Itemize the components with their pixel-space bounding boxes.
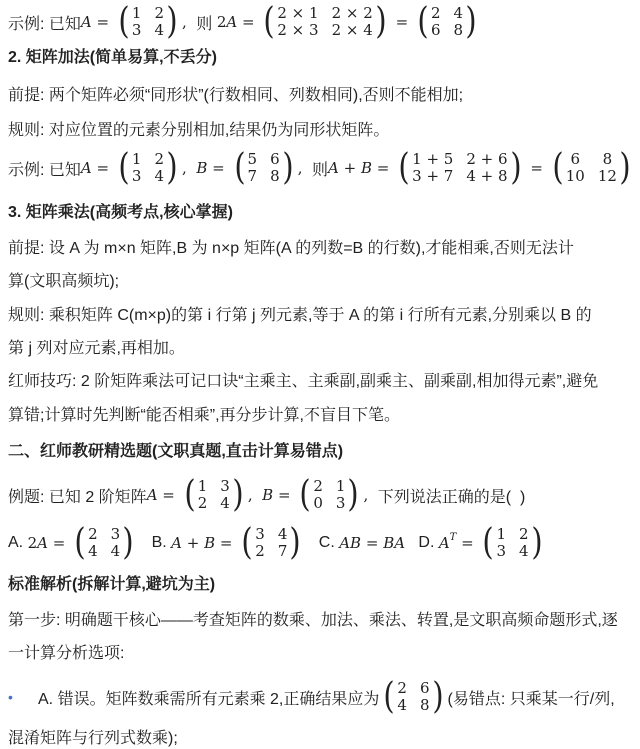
- matrix-paren-right: ): [375, 3, 386, 41]
- matrix-cell: 4: [111, 543, 121, 560]
- text-run: A.: [8, 534, 28, 552]
- math-variable: A: [37, 534, 48, 552]
- matrix-cell: 2 × 2: [332, 5, 373, 22]
- matrix-paren-left: (: [399, 149, 410, 187]
- text-run: 则: [312, 157, 328, 180]
- math-run: =: [215, 534, 237, 552]
- multiplication-premise-2: 算(文职高频坑);: [8, 266, 119, 292]
- matrix-entries: 1234: [131, 151, 165, 185]
- text-run: D.: [405, 534, 439, 552]
- matrix-cell: 2: [519, 526, 529, 543]
- matrix-paren-right: ): [166, 3, 177, 41]
- text-run: 3. 矩阵乘法(高频考点,核心掌握): [8, 199, 233, 222]
- matrix-cell: 1: [336, 478, 346, 495]
- math-variable: A: [439, 534, 450, 552]
- matrix-cell: 3: [497, 543, 507, 560]
- text-run: 混淆矩阵与行列式数乘);: [8, 725, 178, 748]
- matrix-paren-left: (: [264, 3, 275, 41]
- matrix-cell: 4: [397, 697, 407, 714]
- text-run: 前提: 设 A 为 m×n 矩阵,B 为 n×p 矩阵(A 的列数=B 的行数)…: [8, 235, 574, 258]
- matrix-cell: 2: [397, 680, 407, 697]
- hongshi-tip-1: 红师技巧: 2 阶矩阵乘法可记口诀“主乘主、主乘副,副乘主、副乘副,相加得元素”…: [8, 366, 598, 392]
- section-2-heading: 二、红师教研精选题(文职真题,直击计算易错点): [8, 436, 343, 462]
- matrix-cell: 2 × 1: [277, 5, 318, 22]
- matrix-addition-heading: 2. 矩阵加法(简单易算,不丢分): [8, 42, 217, 68]
- matrix-paren-left: (: [300, 476, 311, 514]
- analysis-heading: 标准解析(拆解计算,避坑为主): [8, 569, 215, 595]
- matrix-paren-left: (: [74, 524, 85, 562]
- matrix: (1 + 52 + 63 + 74 + 8): [397, 149, 523, 187]
- math-run: 2: [217, 13, 227, 31]
- text-run: (易错点: 只乘某一行/列,: [448, 686, 615, 709]
- math-run: =: [92, 159, 114, 177]
- matrix-cell: 6: [270, 151, 280, 168]
- matrix-cell: 7: [248, 168, 258, 185]
- matrix-cell: 3: [111, 526, 121, 543]
- matrix-entries: 681012: [565, 151, 618, 185]
- option-a-analysis-2: 混淆矩阵与行列式数乘);: [8, 723, 178, 749]
- math-run: 2: [28, 534, 38, 552]
- matrix-paren-left: (: [242, 524, 253, 562]
- matrix-entries: 1234: [496, 526, 530, 560]
- matrix-paren-right: ): [465, 3, 476, 41]
- matrix-multiplication-heading: 3. 矩阵乘法(高频考点,核心掌握): [8, 197, 233, 223]
- matrix-cell: 2 × 4: [332, 22, 373, 39]
- matrix-cell: 2: [154, 5, 164, 22]
- matrix-cell: 4: [519, 543, 529, 560]
- matrix-entries: 5678: [247, 151, 281, 185]
- matrix-cell: 2: [88, 526, 98, 543]
- matrix-cell: 2: [198, 495, 208, 512]
- math-run: ,: [363, 486, 377, 504]
- matrix-entries: 2 × 12 × 22 × 32 × 4: [276, 5, 373, 39]
- matrix-paren-right: ): [290, 524, 301, 562]
- matrix-paren-right: ): [531, 524, 542, 562]
- bullet-icon: •: [8, 689, 38, 705]
- matrix-cell: 4: [154, 168, 164, 185]
- math-run: =: [237, 13, 259, 31]
- matrix-cell: 1: [132, 5, 142, 22]
- matrix-cell: 1: [198, 478, 208, 495]
- text-run: 示例: 已知: [8, 11, 81, 34]
- matrix-cell: 8: [270, 168, 280, 185]
- matrix-cell: 3: [132, 22, 142, 39]
- matrix: (2103): [298, 476, 360, 514]
- matrix-cell: 5: [248, 151, 258, 168]
- matrix-entries: 1 + 52 + 63 + 74 + 8: [411, 151, 508, 185]
- matrix-paren-right: ): [123, 524, 134, 562]
- multiplication-rule-1: 规则: 乘积矩阵 C(m×p)的第 i 行第 j 列元素,等于 A 的第 i 行…: [8, 300, 592, 326]
- matrix: (2648): [382, 678, 444, 716]
- matrix-cell: 6: [420, 680, 430, 697]
- math-run: =: [158, 486, 180, 504]
- math-run: +: [182, 534, 204, 552]
- math-variable: A: [226, 13, 237, 31]
- matrix-cell: 2 × 3: [277, 22, 318, 39]
- matrix-entries: 2103: [312, 478, 346, 512]
- matrix-paren-left: (: [552, 149, 563, 187]
- math-run: ,: [182, 159, 196, 177]
- matrix-cell: 8: [454, 22, 464, 39]
- matrix-cell: 8: [420, 697, 430, 714]
- matrix: (1234): [481, 524, 543, 562]
- matrix-entries: 1234: [131, 5, 165, 39]
- addition-rule: 规则: 对应位置的元素分别相加,结果仍为同形状矩阵。: [8, 115, 389, 141]
- matrix-cell: 3 + 7: [412, 168, 453, 185]
- matrix-cell: 1 + 5: [412, 151, 453, 168]
- matrix: (3427): [240, 524, 302, 562]
- matrix-cell: 4 + 8: [466, 168, 507, 185]
- math-run: =: [526, 159, 548, 177]
- matrix: (2468): [416, 3, 478, 41]
- text-run: 下列说法正确的是( ): [378, 484, 526, 507]
- text-run: 规则: 对应位置的元素分别相加,结果仍为同形状矩阵。: [8, 117, 389, 140]
- matrix-cell: 2: [154, 151, 164, 168]
- matrix-paren-left: (: [118, 149, 129, 187]
- text-run: 标准解析(拆解计算,避坑为主): [8, 571, 215, 594]
- step-1-intro-2: 一计算分析选项:: [8, 638, 124, 664]
- matrix-cell: 4: [454, 5, 464, 22]
- math-variable: A: [81, 159, 92, 177]
- matrix-paren-right: ): [348, 476, 359, 514]
- math-variable: B: [262, 486, 273, 504]
- matrix: (2 × 12 × 22 × 32 × 4): [262, 3, 388, 41]
- text-run: 例题: 已知 2 阶矩阵: [8, 484, 147, 507]
- matrix-cell: 8: [598, 151, 617, 168]
- matrix-cell: 4: [154, 22, 164, 39]
- document-page: 示例: 已知A = (1234), 则 2A = (2 × 12 × 22 × …: [0, 0, 640, 749]
- text-run: 算错;计算时先判断“能否相乘”,再分步计算,不盲目下笔。: [8, 402, 400, 425]
- matrix-cell: 2 + 6: [466, 151, 507, 168]
- matrix-cell: 1: [497, 526, 507, 543]
- transpose-superscript: T: [450, 532, 457, 543]
- matrix: (5678): [233, 149, 295, 187]
- matrix-cell: 2: [313, 478, 323, 495]
- matrix-cell: 10: [566, 168, 585, 185]
- text-run: 2. 矩阵加法(简单易算,不丢分): [8, 44, 217, 67]
- multiplication-premise-1: 前提: 设 A 为 m×n 矩阵,B 为 n×p 矩阵(A 的列数=B 的行数)…: [8, 233, 574, 259]
- step-1-intro-1: 第一步: 明确题干核心——考查矩阵的数乘、加法、乘法、转置,是文职高频命题形式,…: [8, 605, 618, 631]
- option-a-analysis-1: •A. 错误。矩阵数乘需所有元素乘 2,正确结果应为(2648)(易错点: 只乘…: [8, 675, 615, 719]
- text-run: 一计算分析选项:: [8, 640, 124, 663]
- math-run: =: [372, 159, 394, 177]
- math-variable: B: [196, 159, 207, 177]
- matrix-cell: 3: [132, 168, 142, 185]
- multiplication-rule-2: 第 j 列对应元素,再相加。: [8, 333, 185, 359]
- matrix-cell: 6: [431, 22, 441, 39]
- math-variable: AB: [339, 534, 361, 552]
- matrix-entries: 1324: [197, 478, 231, 512]
- text-run: 算(文职高频坑);: [8, 268, 119, 291]
- matrix-paren-left: (: [118, 3, 129, 41]
- matrix-cell: 2: [255, 543, 265, 560]
- matrix-cell: 7: [278, 543, 288, 560]
- matrix-paren-right: ): [282, 149, 293, 187]
- matrix: (1324): [183, 476, 245, 514]
- text-run: 第一步: 明确题干核心——考查矩阵的数乘、加法、乘法、转置,是文职高频命题形式,…: [8, 607, 618, 630]
- matrix-paren-right: ): [432, 678, 443, 716]
- matrix-paren-left: (: [184, 476, 195, 514]
- text-run: 前提: 两个矩阵必须“同形状”(行数相同、列数相同),否则不能相加;: [8, 82, 463, 105]
- matrix-entries: 2648: [396, 680, 430, 714]
- matrix-paren-right: ): [166, 149, 177, 187]
- math-run: ,: [298, 159, 312, 177]
- matrix-paren-left: (: [234, 149, 245, 187]
- text-run: 规则: 乘积矩阵 C(m×p)的第 i 行第 j 列元素,等于 A 的第 i 行…: [8, 302, 592, 325]
- answer-options: A. 2A = (2344) B. A + B = (3427) C. AB =…: [8, 521, 547, 565]
- addition-example: 示例: 已知A = (1234), B = (5678), 则A + B = (…: [8, 146, 635, 190]
- math-run: =: [207, 159, 229, 177]
- matrix-paren-left: (: [384, 678, 395, 716]
- matrix-paren-right: ): [619, 149, 630, 187]
- matrix: (681012): [551, 149, 632, 187]
- math-variable: B: [204, 534, 215, 552]
- math-run: +: [339, 159, 361, 177]
- example-question: 例题: 已知 2 阶矩阵A = (1324), B = (2103), 下列说法…: [8, 473, 525, 517]
- text-run: 示例: 已知: [8, 157, 81, 180]
- matrix-cell: 3: [255, 526, 265, 543]
- math-run: =: [273, 486, 295, 504]
- math-run: ,: [182, 13, 196, 31]
- matrix-paren-left: (: [417, 3, 428, 41]
- matrix-entries: 2468: [430, 5, 464, 39]
- math-run: ,: [248, 486, 262, 504]
- matrix-paren-right: ): [232, 476, 243, 514]
- text-run: 第 j 列对应元素,再相加。: [8, 335, 185, 358]
- text-run: 则: [196, 11, 216, 34]
- matrix-cell: 4: [278, 526, 288, 543]
- text-run: B.: [138, 534, 171, 552]
- matrix-paren-right: ): [510, 149, 521, 187]
- math-variable: B: [361, 159, 372, 177]
- math-variable: A: [81, 13, 92, 31]
- text-run: A. 错误。矩阵数乘需所有元素乘 2,正确结果应为: [38, 686, 379, 709]
- matrix-entries: 3427: [254, 526, 288, 560]
- matrix-cell: 3: [336, 495, 346, 512]
- matrix-cell: 3: [220, 478, 230, 495]
- math-variable: A: [147, 486, 158, 504]
- matrix-entries: 2344: [87, 526, 121, 560]
- matrix: (1234): [117, 149, 179, 187]
- matrix-cell: 1: [132, 151, 142, 168]
- matrix-cell: 4: [220, 495, 230, 512]
- addition-premise: 前提: 两个矩阵必须“同形状”(行数相同、列数相同),否则不能相加;: [8, 80, 463, 106]
- text-run: C.: [305, 534, 339, 552]
- text-run: 二、红师教研精选题(文职真题,直击计算易错点): [8, 438, 343, 461]
- matrix-cell: 0: [313, 495, 323, 512]
- matrix: (2344): [73, 524, 135, 562]
- text-run: 红师技巧: 2 阶矩阵乘法可记口诀“主乘主、主乘副,副乘主、副乘副,相加得元素”…: [8, 368, 598, 391]
- math-run: =: [48, 534, 70, 552]
- math-run: =: [92, 13, 114, 31]
- matrix-cell: 4: [88, 543, 98, 560]
- matrix: (1234): [117, 3, 179, 41]
- scalar-mult-example: 示例: 已知A = (1234), 则 2A = (2 × 12 × 22 × …: [8, 0, 481, 44]
- matrix-paren-left: (: [483, 524, 494, 562]
- math-variable: BA: [383, 534, 405, 552]
- math-run: =: [361, 534, 383, 552]
- hongshi-tip-2: 算错;计算时先判断“能否相乘”,再分步计算,不盲目下笔。: [8, 400, 400, 426]
- matrix-cell: 12: [598, 168, 617, 185]
- matrix-cell: 6: [566, 151, 585, 168]
- matrix-cell: 2: [431, 5, 441, 22]
- math-run: =: [391, 13, 413, 31]
- math-run: =: [456, 534, 478, 552]
- math-variable: A: [328, 159, 339, 177]
- math-variable: A: [171, 534, 182, 552]
